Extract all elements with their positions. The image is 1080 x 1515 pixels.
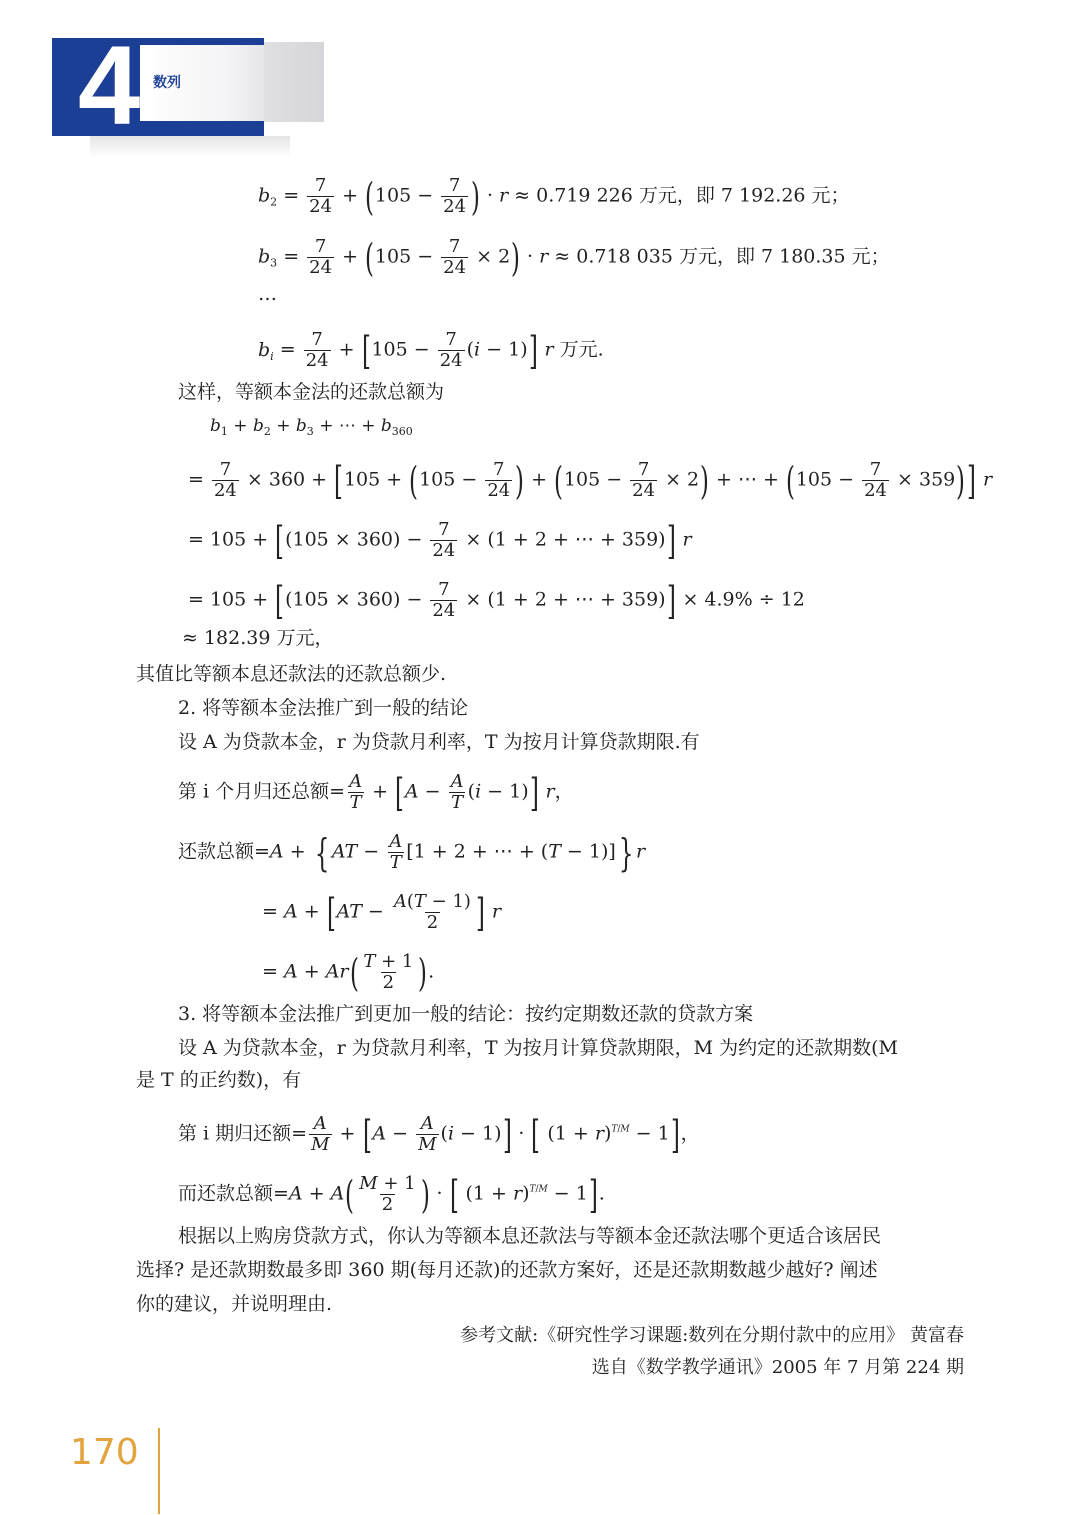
page-number: 170 — [70, 1432, 139, 1473]
section-2-formula-monthly: 第 i 个月归还总额=AT + [A − AT(i − 1)] r， — [178, 772, 574, 813]
b3-result: ≈ 0.718 035 万元，即 7 180.35 元； — [554, 246, 889, 268]
rate-expression: × 4.9% ÷ 12 — [682, 589, 804, 611]
section-2-formula-total: 还款总额=A + {AT − AT[1 + 2 + ⋯ + (T − 1)]}r — [178, 832, 645, 873]
reference-line-2: 选自《数学教学通讯》2005 年 7 月第 224 期 — [592, 1356, 964, 1380]
page-number-divider — [158, 1428, 160, 1514]
b2-result: ≈ 0.719 226 万元，即 7 192.26 元； — [514, 185, 849, 207]
header-gray-block — [264, 42, 324, 122]
formula-b2: b2 = 724 + (105 − 724) · r ≈ 0.719 226 万… — [258, 176, 850, 217]
equation-step-3: = 105 + [(105 × 360) − 724 × (1 + 2 + ⋯ … — [188, 580, 805, 621]
question-line-1: 根据以上购房贷款方式，你认为等额本息还款法与等额本金还款法哪个更适合该居民 — [178, 1224, 881, 1248]
section-3-formula-total: 而还款总额=A + A(M + 12) · [ (1 + r)T/M − 1]. — [178, 1174, 605, 1215]
total-intro: 这样，等额本金法的还款总额为 — [178, 380, 444, 404]
formula-label: 第 i 个月归还总额= — [178, 781, 345, 803]
formula-label: 第 i 期归还额= — [178, 1123, 307, 1145]
equation-step-2: = 105 + [(105 × 360) − 724 × (1 + 2 + ⋯ … — [188, 520, 692, 561]
chapter-number: 4 — [78, 36, 140, 136]
section-2-step-3: = A + Ar(T + 12). — [262, 952, 434, 993]
bi-unit: 万元. — [560, 339, 604, 361]
approx-total: ≈ 182.39 万元， — [182, 626, 333, 650]
formula-label: 还款总额= — [178, 841, 270, 863]
section-2-definition: 设 A 为贷款本金，r 为贷款月利率，T 为按月计算贷款期限.有 — [178, 730, 700, 754]
section-3-definition-1: 设 A 为贷款本金，r 为贷款月利率，T 为按月计算贷款期限，M 为约定的还款期… — [178, 1036, 898, 1060]
section-3-definition-2: 是 T 的正约数)，有 — [136, 1068, 301, 1092]
equation-step-1: = 724 × 360 + [105 + (105 − 724) + (105 … — [188, 460, 992, 501]
conclusion-text: 其值比等额本息还款法的还款总额少. — [136, 662, 446, 686]
ellipsis: … — [258, 282, 277, 306]
question-line-3: 你的建议，并说明理由. — [136, 1292, 332, 1316]
section-3-title: 3. 将等额本金法推广到更加一般的结论：按约定期数还款的贷款方案 — [178, 1002, 753, 1026]
formula-b3: b3 = 724 + (105 − 724 × 2) · r ≈ 0.718 0… — [258, 237, 890, 278]
formula-bi: bi = 724 + [105 − 724(i − 1)] r 万元. — [258, 330, 604, 371]
sum-expression: b1 + b2 + b3 + ⋯ + b360 — [210, 414, 413, 444]
question-line-2: 选择? 是还款期数最多即 360 期(每月还款)的还款方案好，还是还款期数越少越… — [136, 1258, 878, 1282]
reference-line-1: 参考文献:《研究性学习课题:数列在分期付款中的应用》 黄富春 — [460, 1324, 964, 1348]
section-3-formula-period: 第 i 期归还额=AM + [A − AM(i − 1)] · [ (1 + r… — [178, 1114, 700, 1155]
formula-label: 而还款总额= — [178, 1183, 289, 1205]
section-2-step-2: = A + [AT − A(T − 1)2] r — [262, 892, 501, 933]
chapter-title: 数列 — [153, 72, 181, 92]
section-2-title: 2. 将等额本金法推广到一般的结论 — [178, 696, 468, 720]
